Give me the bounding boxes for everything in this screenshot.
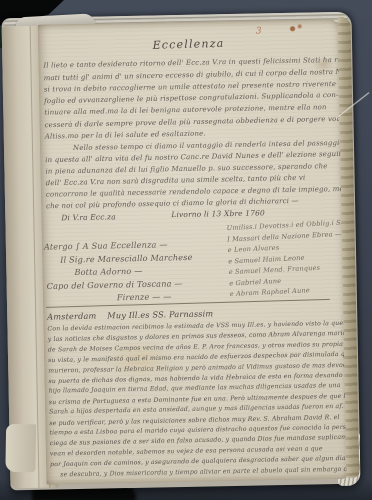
closing-formula: Di V.ra Ecc.za <box>61 212 116 222</box>
rust-stain <box>288 24 304 33</box>
letter-amsterdam-recipient: Muy Ill.es SS. Parnassim <box>107 308 213 320</box>
address-block: Atergo ∫ A Sua Eccellenza —Il Sig.re Mar… <box>44 238 194 306</box>
letter-amsterdam-body: Con la devida estimacion recibimos la es… <box>47 319 344 481</box>
manuscript-page: 3 Eccellenza Il lieto e tanto desiderato… <box>38 19 348 485</box>
signature-names: e Leon Alvarese Samuel Haim Leonee Samue… <box>227 238 347 300</box>
bound-volume: 3 Eccellenza Il lieto e tanto desiderato… <box>2 12 361 491</box>
letter-livorno-paragraph-2: Nello stesso tempo ci diamo il vantaggio… <box>45 138 340 212</box>
letter-livorno-paragraph-1: Il lieto e tanto desiderato ritorno dell… <box>43 55 339 143</box>
archival-photo-scene: 3 Eccellenza Il lieto e tanto desiderato… <box>0 0 372 500</box>
salutation-heading: Eccellenza <box>38 34 339 55</box>
place-date-line: Livorno li 13 Xbre 1760 <box>171 208 265 219</box>
letter-amsterdam-place: Amsterdam <box>47 311 96 322</box>
protruding-sheet-edge <box>5 424 36 472</box>
signature-block: Umiliss.i Devotiss.i ed Obblig.i Servito… <box>226 216 347 300</box>
